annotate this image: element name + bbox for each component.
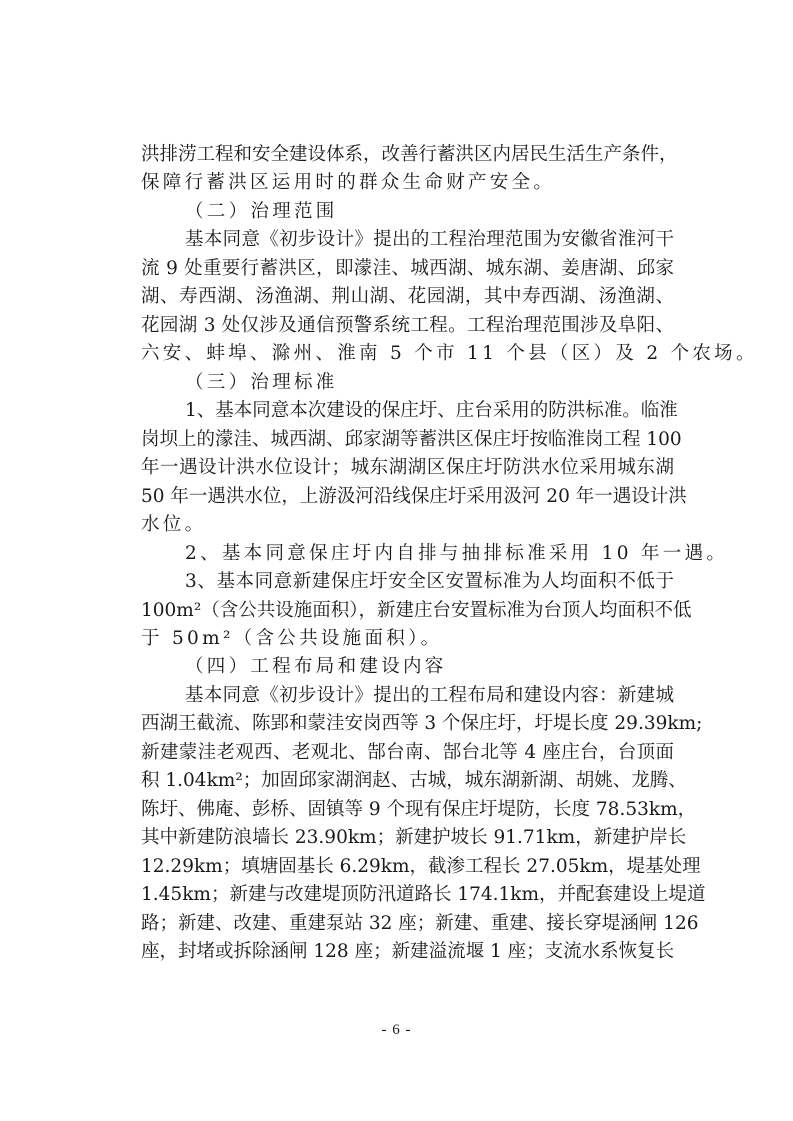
- text-line: 花园湖 3 处仅涉及通信预警系统工程。工程治理范围涉及阜阳、: [141, 312, 674, 340]
- text-line: 1.45km；新建与改建堤顶防汛道路长 174.1km，并配套建设上堤道: [141, 881, 674, 909]
- text-line: 湖、寿西湖、汤渔湖、荆山湖、花园湖，其中寿西湖、汤渔湖、: [141, 283, 674, 311]
- document-body: 洪排涝工程和安全建设体系，改善行蓄洪区内居民生活生产条件，保障行蓄洪区运用时的群…: [141, 141, 681, 967]
- text-line: 1、基本同意本次建设的保庄圩、庄台采用的防洪标准。临淮: [141, 397, 674, 425]
- text-line: 基本同意《初步设计》提出的工程治理范围为安徽省淮河干: [141, 226, 674, 254]
- text-line: 洪排涝工程和安全建设体系，改善行蓄洪区内居民生活生产条件，: [141, 141, 674, 169]
- text-line: 保障行蓄洪区运用时的群众生命财产安全。: [141, 169, 681, 197]
- text-line: 其中新建防浪墙长 23.90km；新建护坡长 91.71km，新建护岸长: [141, 824, 674, 852]
- document-page: 洪排涝工程和安全建设体系，改善行蓄洪区内居民生活生产条件，保障行蓄洪区运用时的群…: [0, 0, 793, 1121]
- text-line: 流 9 处重要行蓄洪区，即濛洼、城西湖、城东湖、姜唐湖、邱家: [141, 255, 674, 283]
- text-line: 2、基本同意保庄圩内自排与抽排标准采用 10 年一遇。: [141, 540, 681, 568]
- text-line: 3、基本同意新建保庄圩安全区安置标准为人均面积不低于: [141, 568, 674, 596]
- text-line: （四）工程布局和建设内容: [141, 653, 681, 681]
- text-line: 新建蒙洼老观西、老观北、郜台南、郜台北等 4 座庄台，台顶面: [141, 739, 674, 767]
- text-line: 基本同意《初步设计》提出的工程布局和建设内容：新建城: [141, 682, 674, 710]
- text-line: 50 年一遇洪水位，上游汲河沿线保庄圩采用汲河 20 年一遇设计洪: [141, 483, 674, 511]
- text-line: 岗坝上的濛洼、城西湖、邱家湖等蓄洪区保庄圩按临淮岗工程 100: [141, 426, 674, 454]
- text-line: 12.29km；填塘固基长 6.29km，截渗工程长 27.05km，堤基处理: [141, 853, 674, 881]
- text-line: 六安、蚌埠、滁州、淮南 5 个市 11 个县（区）及 2 个农场。: [141, 340, 681, 368]
- text-line: 年一遇设计洪水位设计；城东湖湖区保庄圩防洪水位采用城东湖: [141, 454, 674, 482]
- text-line: 陈圩、佛庵、彭桥、固镇等 9 个现有保庄圩堤防，长度 78.53km，: [141, 796, 674, 824]
- text-line: 座，封堵或拆除涵闸 128 座；新建溢流堰 1 座；支流水系恢复长: [141, 938, 674, 966]
- text-line: 水位。: [141, 511, 681, 539]
- text-line: （三）治理标准: [141, 369, 681, 397]
- text-line: 100m²（含公共设施面积），新建庄台安置标准为台顶人均面积不低: [141, 597, 674, 625]
- text-line: 于 50m²（含公共设施面积）。: [141, 625, 681, 653]
- text-line: 西湖王截流、陈郢和蒙洼安岗西等 3 个保庄圩，圩堤长度 29.39km;: [141, 710, 674, 738]
- text-line: 积 1.04km²；加固邱家湖润赵、古城，城东湖新湖、胡姚、龙腾、: [141, 767, 674, 795]
- text-line: 路；新建、改建、重建泵站 32 座；新建、重建、接长穿堤涵闸 126: [141, 910, 674, 938]
- page-number: - 6 -: [0, 1022, 793, 1039]
- text-line: （二）治理范围: [141, 198, 681, 226]
